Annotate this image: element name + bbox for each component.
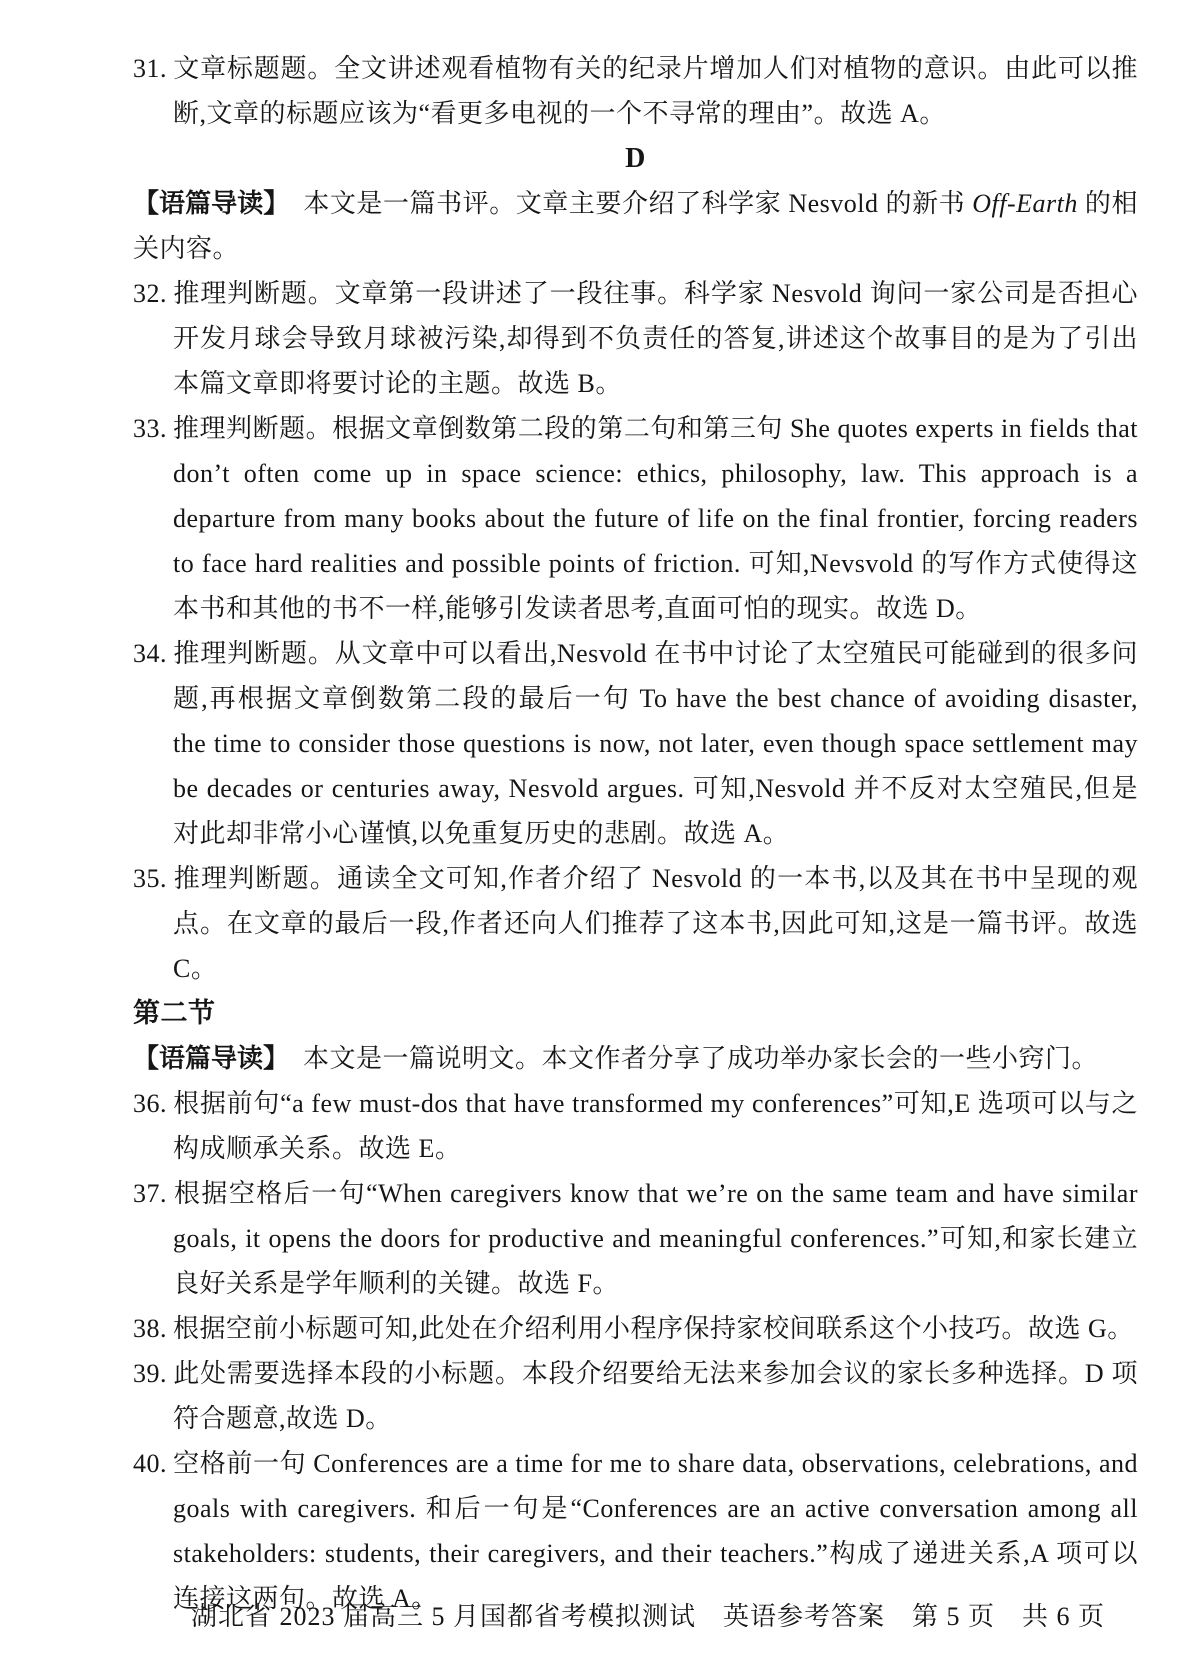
item-text: 推理判断题。从文章中可以看出,Nesvold 在书中讨论了太空殖民可能碰到的很多… [173, 639, 1138, 848]
answer-item-34: 34.推理判断题。从文章中可以看出,Nesvold 在书中讨论了太空殖民可能碰到… [133, 631, 1138, 856]
guide-text: 本文是一篇说明文。本文作者分享了成功举办家长会的一些小窍门。 [303, 1044, 1098, 1073]
answer-item-32: 32.推理判断题。文章第一段讲述了一段往事。科学家 Nesvold 询问一家公司… [133, 271, 1138, 406]
passage-d-heading: D [133, 136, 1138, 181]
item-text: 根据前句“a few must-dos that have transforme… [173, 1089, 1138, 1163]
item-text: 此处需要选择本段的小标题。本段介绍要给无法来参加会议的家长多种选择。D 项符合题… [173, 1359, 1138, 1433]
item-number: 35. [133, 864, 173, 893]
item-text: 空格前一句 Conferences are a time for me to s… [173, 1449, 1138, 1613]
item-number: 39. [133, 1359, 173, 1388]
item-number: 38. [133, 1314, 173, 1343]
item-number: 31. [133, 54, 173, 83]
item-text: 推理判断题。根据文章倒数第二段的第二句和第三句 She quotes exper… [173, 414, 1138, 623]
item-number: 36. [133, 1089, 173, 1118]
section2-heading: 第二节 [133, 991, 1138, 1036]
page-footer: 湖北省 2023 届高三 5 月国都省考模拟测试 英语参考答案 第 5 页 共 … [0, 1594, 1200, 1639]
guide-label: 【语篇导读】 [133, 1043, 289, 1073]
answer-item-31: 31.文章标题题。全文讲述观看植物有关的纪录片增加人们对植物的意识。由此可以推断… [133, 46, 1138, 136]
answer-item-39: 39.此处需要选择本段的小标题。本段介绍要给无法来参加会议的家长多种选择。D 项… [133, 1351, 1138, 1441]
item-text: 推理判断题。通读全文可知,作者介绍了 Nesvold 的一本书,以及其在书中呈现… [173, 864, 1138, 983]
item-number: 34. [133, 639, 173, 668]
book-title: Off-Earth [972, 189, 1078, 218]
answer-key-page: 31.文章标题题。全文讲述观看植物有关的纪录片增加人们对植物的意识。由此可以推断… [0, 0, 1200, 1655]
answer-item-33: 33.推理判断题。根据文章倒数第二段的第二句和第三句 She quotes ex… [133, 406, 1138, 631]
item-number: 40. [133, 1449, 173, 1478]
passage-guide-d: 【语篇导读】本文是一篇书评。文章主要介绍了科学家 Nesvold 的新书 Off… [133, 181, 1138, 271]
guide-text: 本文是一篇书评。文章主要介绍了科学家 Nesvold 的新书 [303, 189, 972, 218]
item-text: 根据空前小标题可知,此处在介绍利用小程序保持家校间联系这个小技巧。故选 G。 [173, 1314, 1134, 1343]
answer-item-35: 35.推理判断题。通读全文可知,作者介绍了 Nesvold 的一本书,以及其在书… [133, 856, 1138, 991]
item-text: 根据空格后一句“When caregivers know that we’re … [173, 1179, 1138, 1298]
guide-label: 【语篇导读】 [133, 188, 289, 218]
passage-guide-section2: 【语篇导读】本文是一篇说明文。本文作者分享了成功举办家长会的一些小窍门。 [133, 1036, 1138, 1081]
answer-item-37: 37.根据空格后一句“When caregivers know that we’… [133, 1171, 1138, 1306]
item-number: 32. [133, 279, 173, 308]
item-number: 33. [133, 414, 173, 443]
item-text: 文章标题题。全文讲述观看植物有关的纪录片增加人们对植物的意识。由此可以推断,文章… [173, 54, 1138, 128]
page-content: 31.文章标题题。全文讲述观看植物有关的纪录片增加人们对植物的意识。由此可以推断… [0, 0, 1200, 1621]
item-number: 37. [133, 1179, 173, 1208]
item-text: 推理判断题。文章第一段讲述了一段往事。科学家 Nesvold 询问一家公司是否担… [173, 279, 1138, 398]
answer-item-38: 38.根据空前小标题可知,此处在介绍利用小程序保持家校间联系这个小技巧。故选 G… [133, 1306, 1138, 1351]
answer-item-36: 36.根据前句“a few must-dos that have transfo… [133, 1081, 1138, 1171]
